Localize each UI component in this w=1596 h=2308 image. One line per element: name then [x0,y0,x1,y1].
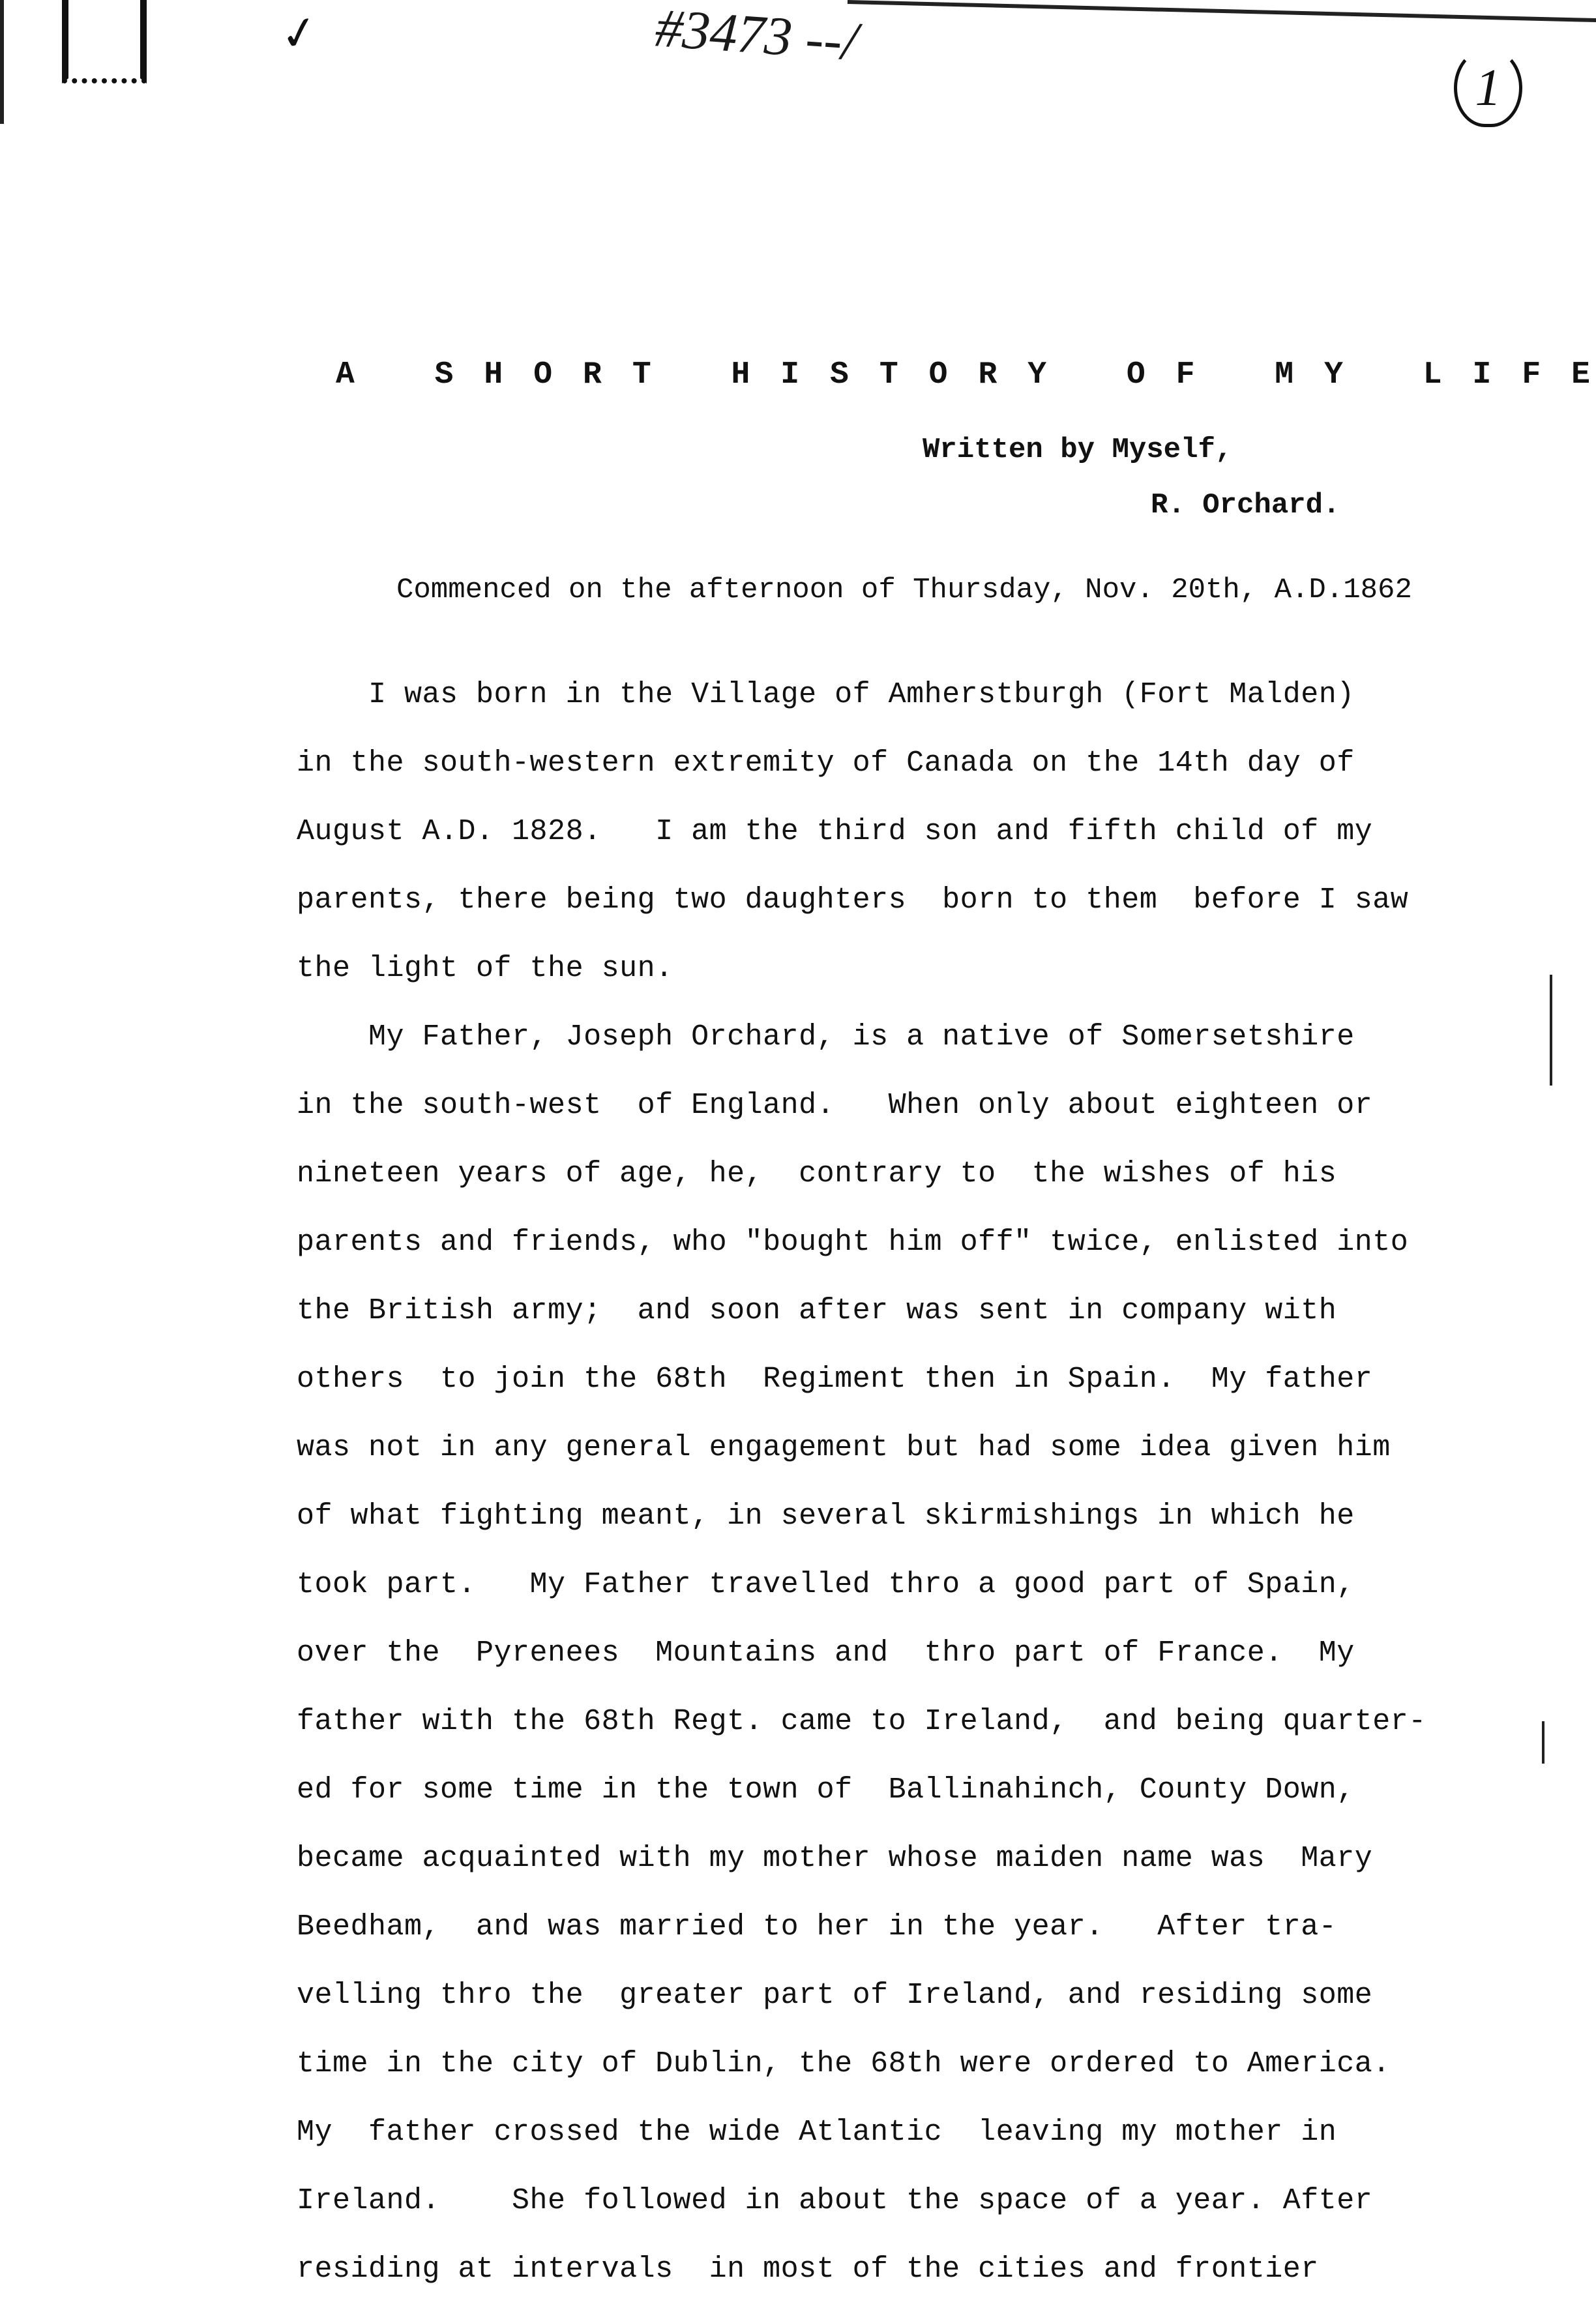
page-number-text: 1 [1475,59,1501,118]
text-line: took part. My Father travelled thro a go… [297,1568,1355,1601]
text-line: nineteen years of age, he, contrary to t… [297,1157,1337,1191]
document-page: ✓ #3473 --/ 1 A SHORT HISTORY OF MY LIFE… [0,0,1596,2308]
bracket-mark-icon [62,0,147,83]
text-line: velling thro the greater part of Ireland… [297,1979,1372,2012]
page-number: 1 [1454,49,1522,127]
text-line: father with the 68th Regt. came to Irela… [297,1705,1426,1738]
text-line: My Father, Joseph Orchard, is a native o… [297,1020,1355,1054]
document-title: A SHORT HISTORY OF MY LIFE [336,357,1596,392]
margin-mark [1550,975,1552,1086]
text-line: August A.D. 1828. I am the third son and… [297,815,1372,848]
check-mark-icon: ✓ [276,4,323,64]
text-line: parents, there being two daughters born … [297,883,1408,917]
commenced-date-line: Commenced on the afternoon of Thursday, … [396,574,1412,606]
byline-written-by: Written by Myself, [923,434,1232,466]
text-line: ed for some time in the town of Ballinah… [297,1773,1355,1807]
text-line: I was born in the Village of Amherstburg… [297,678,1355,711]
text-line: others to join the 68th Regiment then in… [297,1363,1372,1396]
text-line: the British army; and soon after was sen… [297,1294,1337,1327]
scan-edge-line [0,0,4,124]
byline-author: R. Orchard. [1151,489,1340,522]
text-line: Ireland. She followed in about the space… [297,2184,1372,2217]
text-line: over the Pyrenees Mountains and thro par… [297,1636,1355,1670]
text-line: in the south-west of England. When only … [297,1089,1372,1122]
text-line: Beedham, and was married to her in the y… [297,1910,1337,1944]
text-line: parents and friends, who "bought him off… [297,1226,1408,1259]
text-line: My father crossed the wide Atlantic leav… [297,2116,1337,2149]
margin-mark [1542,1721,1544,1764]
text-line: of what fighting meant, in several skirm… [297,1500,1355,1533]
text-line: residing at intervals in most of the cit… [297,2253,1319,2286]
text-line: time in the city of Dublin, the 68th wer… [297,2047,1391,2080]
text-line: was not in any general engagement but ha… [297,1431,1391,1464]
archive-number: #3473 --/ [653,0,859,74]
top-rule-line [848,0,1596,22]
text-line: in the south-western extremity of Canada… [297,747,1355,780]
text-line: the light of the sun. [297,952,673,985]
text-line: became acquainted with my mother whose m… [297,1842,1372,1875]
